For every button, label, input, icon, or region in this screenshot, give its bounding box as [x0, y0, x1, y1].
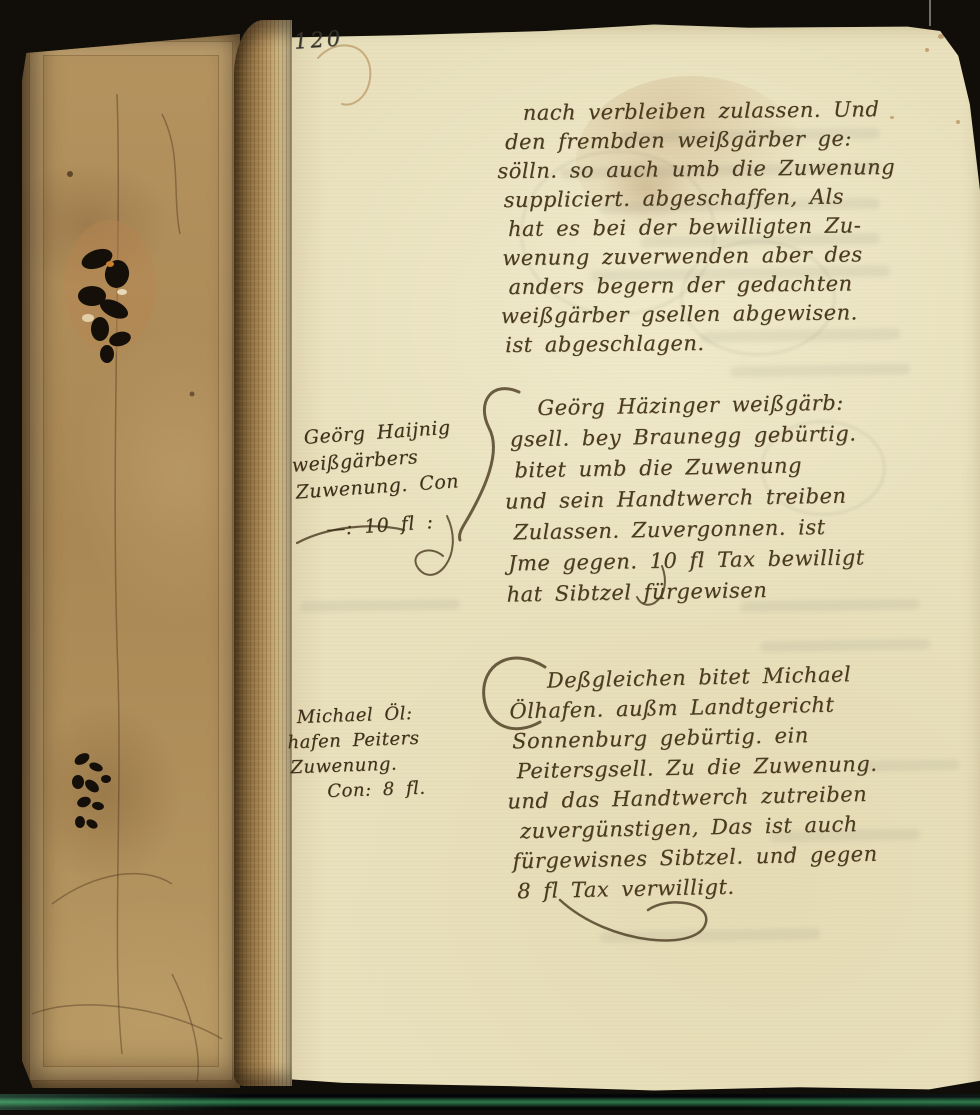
foxing-spot — [956, 120, 960, 124]
entry-3-body: Deßgleichen bitet Michael Ölhafen. außm … — [503, 658, 938, 907]
manuscript-line: nach verbleiben zulassen. Und — [523, 95, 907, 128]
manuscript-line: ist abgeschlagen. — [505, 327, 909, 360]
show-through — [300, 599, 460, 613]
page-block-edges — [234, 20, 292, 1086]
manuscript-line: suppliciert. abgeschaffen, Als — [504, 182, 908, 215]
folio-number: 120 — [293, 26, 344, 53]
foxing-spot — [938, 34, 944, 39]
ink-blotch-lower — [72, 751, 111, 831]
show-through — [730, 363, 910, 377]
manuscript-line: wenung zuverwenden aber des — [502, 240, 908, 273]
manuscript-line: hat es bei der bewilligten Zu- — [508, 211, 908, 244]
foxing-spot — [952, 42, 957, 46]
manuscript-line: weißgärber gsellen abgewisen. — [501, 298, 909, 331]
manuscript-line: sölln. so auch umb die Zuwenung — [497, 153, 907, 186]
cover-creases-and-ink-blotches — [22, 34, 240, 1088]
margin-line: hafen Peiters — [287, 726, 424, 756]
foxing-spot — [925, 48, 929, 52]
book-cover-parchment — [22, 34, 240, 1088]
show-through — [600, 928, 820, 943]
manuscript-line: den frembden weißgärber ge: — [505, 124, 907, 157]
entry-2-body: Geörg Häzinger weißgärb: gsell. bey Brau… — [503, 386, 917, 610]
entry-1-body: nach verbleiben zulassen. Und den frembd… — [497, 95, 910, 360]
hairline-artifact — [929, 0, 931, 26]
ink-blotch-upper — [64, 220, 156, 363]
manuscript-line: anders begern der gedachten — [508, 269, 908, 302]
table-edge-green-stripe — [0, 1094, 980, 1110]
entry-2-margin-note: Geörg Haijnig weißgärbers Zuwenung. Con … — [289, 414, 463, 545]
entry-3-margin-note: Michael Öl: hafen Peiters Zuwenung. Con:… — [286, 701, 426, 806]
margin-tax-amount: Con: 8 fl. — [327, 776, 426, 804]
show-through — [760, 639, 930, 653]
